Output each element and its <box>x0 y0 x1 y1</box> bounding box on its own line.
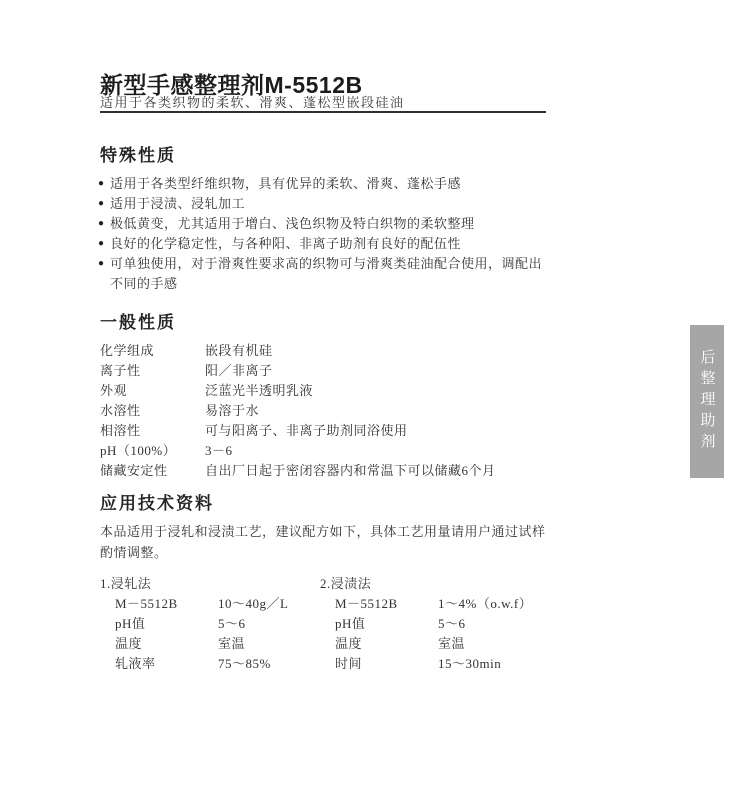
bullet-text: 极低黄变，尤其适用于增白、浅色织物及特白织物的柔软整理 <box>110 216 475 231</box>
table-row: pH值5～6 <box>335 614 560 634</box>
table-row: M－5512B10～40g／L <box>115 594 320 614</box>
property-label: 水溶性 <box>100 401 205 421</box>
param-label: M－5512B <box>115 594 218 614</box>
param-value: 1～4%（o.w.f） <box>438 594 560 614</box>
bullet-text: 适用于各类型纤维织物，具有优异的柔软、滑爽、蓬松手感 <box>110 176 461 191</box>
property-label: 储藏安定性 <box>100 461 205 481</box>
table-row: 外观泛蓝光半透明乳液 <box>100 381 570 401</box>
table-row: M－5512B1～4%（o.w.f） <box>335 594 560 614</box>
property-label: 离子性 <box>100 361 205 381</box>
property-value: 阳／非离子 <box>205 361 570 381</box>
param-value: 室温 <box>438 634 560 654</box>
special-bullet-list: ●适用于各类型纤维织物，具有优异的柔软、滑爽、蓬松手感 ●适用于浸渍、浸轧加工 … <box>100 174 545 294</box>
param-value: 75～85% <box>218 654 320 674</box>
table-row: 相溶性可与阳离子、非离子助剂同浴使用 <box>100 421 570 441</box>
section-heading-application: 应用技术资料 <box>100 489 570 514</box>
method-title: 1.浸轧法 <box>100 574 320 594</box>
property-label: 化学组成 <box>100 341 205 361</box>
property-value: 嵌段有机硅 <box>205 341 570 361</box>
property-value: 易溶于水 <box>205 401 570 421</box>
page-subtitle: 适用于各类织物的柔软、滑爽、蓬松型嵌段硅油 <box>100 92 405 111</box>
application-intro: 本品适用于浸轧和浸渍工艺，建议配方如下，具体工艺用量请用户通过试样酌情调整。 <box>100 521 548 563</box>
param-label: pH值 <box>335 614 438 634</box>
application-methods: 1.浸轧法 M－5512B10～40g／L pH值5～6 温度室温 轧液率75～… <box>100 574 570 674</box>
param-value: 室温 <box>218 634 320 654</box>
param-label: 时间 <box>335 654 438 674</box>
property-value: 3－6 <box>205 441 570 461</box>
list-item: ●可单独使用，对于滑爽性要求高的织物可与滑爽类硅油配合使用，调配出不同的手感 <box>100 254 545 294</box>
table-row: 离子性阳／非离子 <box>100 361 570 381</box>
param-label: 温度 <box>115 634 218 654</box>
bullet-icon: ● <box>98 234 105 254</box>
method-dipping: 2.浸渍法 M－5512B1～4%（o.w.f） pH值5～6 温度室温 时间1… <box>320 574 560 674</box>
method-padding: 1.浸轧法 M－5512B10～40g／L pH值5～6 温度室温 轧液率75～… <box>100 574 320 674</box>
table-row: 轧液率75～85% <box>115 654 320 674</box>
bullet-text: 可单独使用，对于滑爽性要求高的织物可与滑爽类硅油配合使用，调配出不同的手感 <box>110 256 542 291</box>
section-general-properties: 一般性质 化学组成嵌段有机硅 离子性阳／非离子 外观泛蓝光半透明乳液 水溶性易溶… <box>100 308 570 481</box>
param-value: 10～40g／L <box>218 594 320 614</box>
table-row: pH值5～6 <box>115 614 320 634</box>
list-item: ●适用于各类型纤维织物，具有优异的柔软、滑爽、蓬松手感 <box>100 174 545 194</box>
section-special-properties: 特殊性质 ●适用于各类型纤维织物，具有优异的柔软、滑爽、蓬松手感 ●适用于浸渍、… <box>100 141 560 294</box>
divider <box>100 111 546 113</box>
general-properties-table: 化学组成嵌段有机硅 离子性阳／非离子 外观泛蓝光半透明乳液 水溶性易溶于水 相溶… <box>100 341 570 481</box>
param-label: pH值 <box>115 614 218 634</box>
property-value: 可与阳离子、非离子助剂同浴使用 <box>205 421 570 441</box>
param-value: 15～30min <box>438 654 560 674</box>
bullet-icon: ● <box>98 174 105 194</box>
table-row: 温度室温 <box>115 634 320 654</box>
table-row: 化学组成嵌段有机硅 <box>100 341 570 361</box>
property-label: pH（100%） <box>100 441 205 461</box>
property-value: 泛蓝光半透明乳液 <box>205 381 570 401</box>
param-label: M－5512B <box>335 594 438 614</box>
list-item: ●极低黄变，尤其适用于增白、浅色织物及特白织物的柔软整理 <box>100 214 545 234</box>
method-table: M－5512B10～40g／L pH值5～6 温度室温 轧液率75～85% <box>115 594 320 674</box>
table-row: 水溶性易溶于水 <box>100 401 570 421</box>
method-title: 2.浸渍法 <box>320 574 560 594</box>
property-value: 自出厂日起于密闭容器内和常温下可以储藏6个月 <box>205 461 570 481</box>
property-label: 外观 <box>100 381 205 401</box>
datasheet-page: 新型手感整理剂M-5512B 适用于各类织物的柔软、滑爽、蓬松型嵌段硅油 特殊性… <box>0 0 730 790</box>
list-item: ●良好的化学稳定性，与各种阳、非离子助剂有良好的配伍性 <box>100 234 545 254</box>
table-row: 储藏安定性自出厂日起于密闭容器内和常温下可以储藏6个月 <box>100 461 570 481</box>
table-row: 温度室温 <box>335 634 560 654</box>
param-label: 轧液率 <box>115 654 218 674</box>
param-label: 温度 <box>335 634 438 654</box>
table-row: pH（100%）3－6 <box>100 441 570 461</box>
section-heading-general: 一般性质 <box>100 308 570 333</box>
bullet-icon: ● <box>98 194 105 214</box>
param-value: 5～6 <box>438 614 560 634</box>
category-side-tab: 后整理助剂 <box>690 325 724 478</box>
section-application-data: 应用技术资料 本品适用于浸轧和浸渍工艺，建议配方如下，具体工艺用量请用户通过试样… <box>100 489 570 674</box>
table-row: 时间15～30min <box>335 654 560 674</box>
bullet-text: 适用于浸渍、浸轧加工 <box>110 196 245 211</box>
param-value: 5～6 <box>218 614 320 634</box>
property-label: 相溶性 <box>100 421 205 441</box>
bullet-text: 良好的化学稳定性，与各种阳、非离子助剂有良好的配伍性 <box>110 236 461 251</box>
section-heading-special: 特殊性质 <box>100 141 560 166</box>
bullet-icon: ● <box>98 214 105 234</box>
bullet-icon: ● <box>98 254 105 274</box>
list-item: ●适用于浸渍、浸轧加工 <box>100 194 545 214</box>
method-table: M－5512B1～4%（o.w.f） pH值5～6 温度室温 时间15～30mi… <box>335 594 560 674</box>
